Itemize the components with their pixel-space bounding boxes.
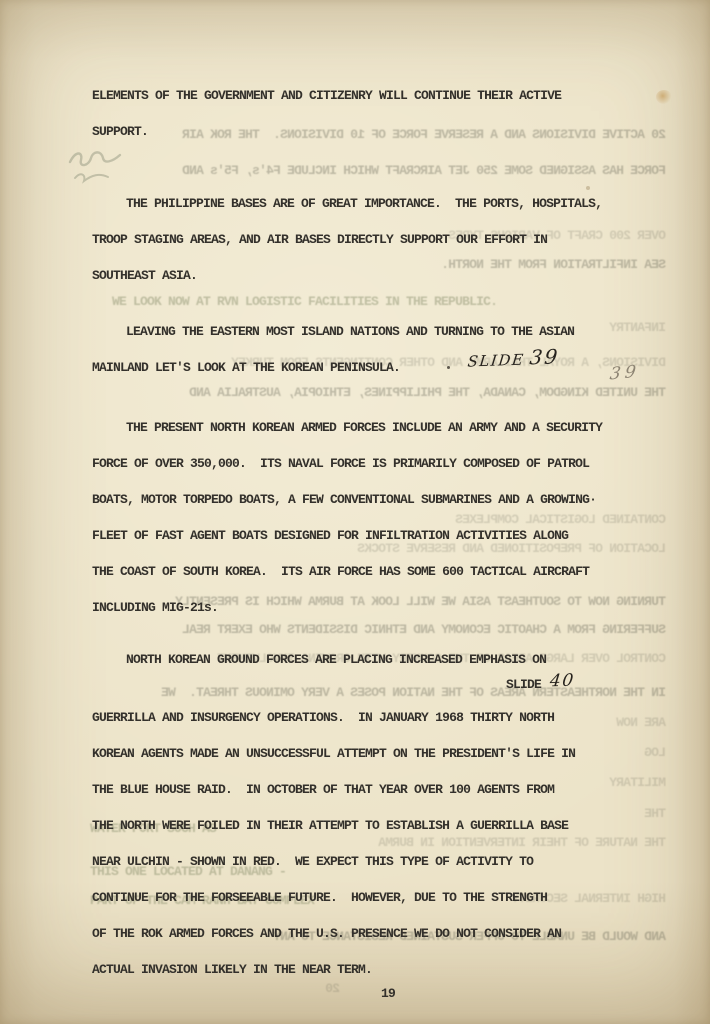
ghost-line: THE NATURE OF THEIR INTERVENTION IN BURM… — [70, 835, 666, 851]
typed-line: KOREAN AGENTS MADE AN UNSUCCESSFUL ATTEM… — [92, 746, 575, 762]
typed-line: THE PRESENT NORTH KOREAN ARMED FORCES IN… — [126, 420, 602, 436]
typed-line: NEAR ULCHIN - SHOWN IN RED. WE EXPECT TH… — [92, 854, 533, 870]
typed-line: FLEET OF FAST AGENT BOATS DESIGNED FOR I… — [92, 528, 568, 544]
handwritten-40: 40 — [549, 671, 576, 692]
ghost-page-number: 20 — [262, 981, 340, 997]
typed-line: THE COAST OF SOUTH KOREA. ITS AIR FORCE … — [92, 564, 589, 580]
stain-spot — [656, 90, 672, 104]
typed-line: SOUTHEAST ASIA. — [92, 268, 197, 284]
typed-line: GUERRILLA AND INSURGENCY OPERATIONS. IN … — [92, 710, 554, 726]
ghost-line: WE LOOK NOW AT RVN LOGISTIC FACILITIES I… — [112, 294, 497, 310]
ghost-line: CONTAINED LOGISTICAL COMPLEXES — [70, 512, 666, 528]
typed-line: ACTUAL INVASION LIKELY IN THE NEAR TERM. — [92, 962, 372, 978]
ghost-line: FORCE HAS ASSIGNED SOME 250 JET AIRCRAFT… — [70, 163, 666, 179]
ghost-line: SUFFERING FROM A CHAOTIC ECONOMY AND ETH… — [70, 622, 666, 638]
slide-number: 39 — [528, 344, 560, 369]
stain-speck — [586, 186, 590, 190]
typed-line: LEAVING THE EASTERN MOST ISLAND NATIONS … — [126, 324, 574, 340]
document-page: 20 ACTIVE DIVISIONS AND A RESERVE FORCE … — [0, 0, 710, 1024]
typed-line: SUPPORT. — [92, 124, 148, 140]
typed-line: THE NORTH WERE FOILED IN THEIR ATTEMPT T… — [92, 818, 568, 834]
typed-line: TROOP STAGING AREAS, AND AIR BASES DIREC… — [92, 232, 547, 248]
ink-scribble-bleed — [66, 146, 128, 192]
typed-line: NORTH KOREAN GROUND FORCES ARE PLACING I… — [126, 652, 546, 668]
handwritten-slide-39-annotation: SLIDE39 — [467, 344, 561, 371]
ghost-line: 20 ACTIVE DIVISIONS AND A RESERVE FORCE … — [70, 127, 666, 143]
typed-line: INCLUDING MIG-21s. — [92, 600, 218, 616]
ghost-line: IN THE NORTHEASTERN AREAS OF THE NATION … — [70, 685, 666, 701]
typed-line: BOATS, MOTOR TORPEDO BOATS, A FEW CONVEN… — [92, 492, 596, 508]
typed-line: ELEMENTS OF THE GOVERNMENT AND CITIZENRY… — [92, 88, 561, 104]
typed-line: FORCE OF OVER 350,000. ITS NAVAL FORCE I… — [92, 456, 589, 472]
typed-line: OF THE ROK ARMED FORCES AND THE U.S. PRE… — [92, 926, 561, 942]
page-number: 19 — [381, 986, 395, 1002]
ghost-line: THE UNITED KINGDOM, CANADA, THE PHILIPPI… — [70, 385, 666, 401]
slide-word: SLIDE — [467, 351, 526, 371]
handwritten-margin-number-39: 39 — [609, 362, 641, 385]
typed-line: THE PHILIPPINE BASES ARE OF GREAT IMPORT… — [126, 196, 602, 212]
typed-line: THE BLUE HOUSE RAID. IN OCTOBER OF THAT … — [92, 782, 554, 798]
typed-line: MAINLAND LET'S LOOK AT THE KOREAN PENINS… — [92, 360, 400, 376]
typed-line: CONTINUE FOR THE FORSEEABLE FUTURE. HOWE… — [92, 890, 547, 906]
stray-ink-dot — [447, 366, 450, 369]
slide-40-label: SLIDE — [506, 677, 541, 693]
